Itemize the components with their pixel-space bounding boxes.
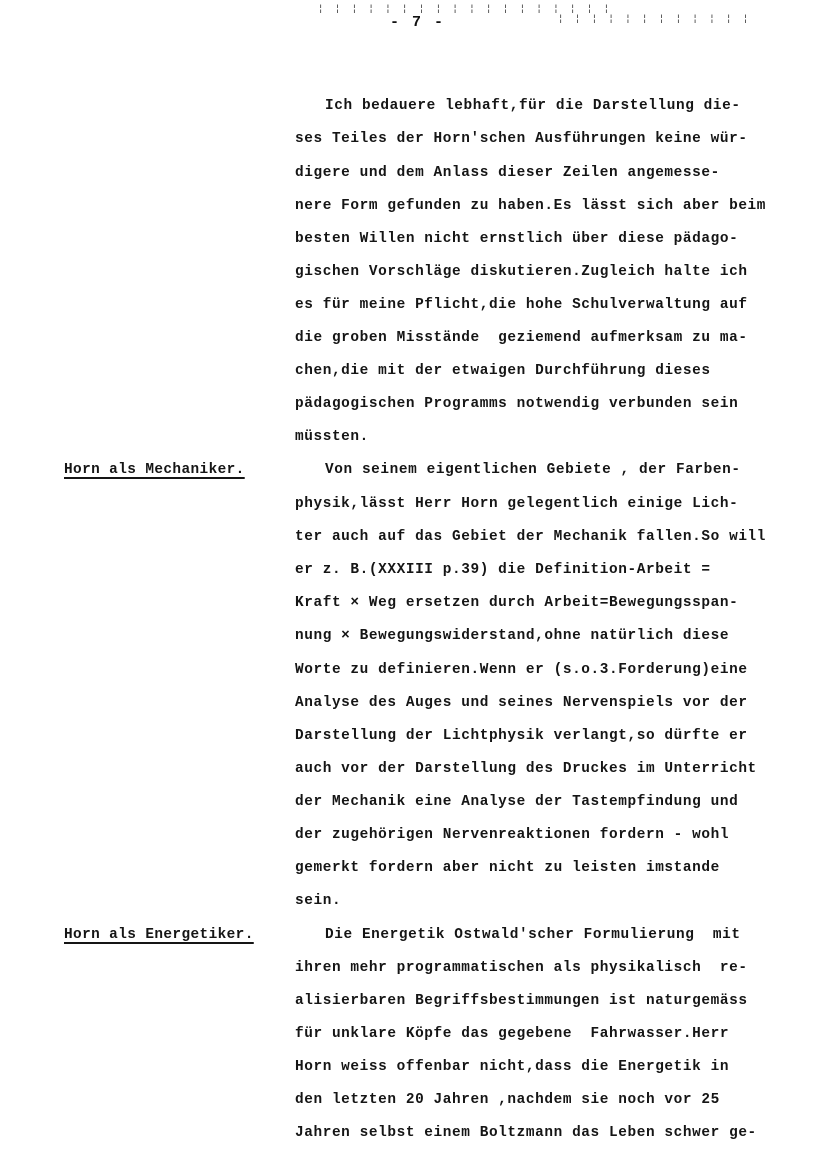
text-line: besten Willen nicht ernstlich über diese… <box>295 230 738 248</box>
text-line: digere und dem Anlass dieser Zeilen ange… <box>295 164 720 182</box>
header-scan-artifacts: ¦ ¦ ¦ ¦ ¦ ¦ ¦ ¦ ¦ ¦ ¦ ¦ ¦ ¦ ¦ ¦ ¦ ¦ ¦ ¦ … <box>318 0 758 40</box>
text-line: Die Energetik Ostwald'scher Formulierung… <box>325 926 741 944</box>
text-line: müssten. <box>295 428 369 446</box>
text-line: der zugehörigen Nervenreaktionen fordern… <box>295 826 729 844</box>
text-line: ihren mehr programmatischen als physikal… <box>295 959 748 977</box>
header-noise-right: ¦ ¦ ¦ ¦ ¦ ¦ ¦ ¦ ¦ ¦ ¦ ¦ ¦ ¦ <box>558 14 758 24</box>
margin-note-energetiker: Horn als Energetiker. <box>64 926 254 944</box>
text-line: Worte zu definieren.Wenn er (s.o.3.Forde… <box>295 661 748 679</box>
text-line: pädagogischen Programms notwendig verbun… <box>295 395 738 413</box>
text-line: ses Teiles der Horn'schen Ausführungen k… <box>295 130 748 148</box>
margin-note-mechaniker: Horn als Mechaniker. <box>64 461 245 479</box>
text-line: chen,die mit der etwaigen Durchführung d… <box>295 362 711 380</box>
text-line: Ich bedauere lebhaft,für die Darstellung… <box>325 97 741 115</box>
text-line: Jahren selbst einem Boltzmann das Leben … <box>295 1124 757 1142</box>
document-page: ¦ ¦ ¦ ¦ ¦ ¦ ¦ ¦ ¦ ¦ ¦ ¦ ¦ ¦ ¦ ¦ ¦ ¦ ¦ ¦ … <box>0 0 821 1169</box>
text-line: Kraft × Weg ersetzen durch Arbeit=Bewegu… <box>295 594 738 612</box>
text-line: sein. <box>295 892 341 910</box>
text-line: er z. B.(XXXIII p.39) die Definition-Arb… <box>295 561 720 579</box>
text-line: ter auch auf das Gebiet der Mechanik fal… <box>295 528 766 546</box>
text-line: für unklare Köpfe das gegebene Fahrwasse… <box>295 1025 729 1043</box>
text-line: Von seinem eigentlichen Gebiete , der Fa… <box>325 461 741 479</box>
text-line: Darstellung der Lichtphysik verlangt,so … <box>295 727 748 745</box>
text-line: alisierbaren Begriffsbestimmungen ist na… <box>295 992 748 1010</box>
text-line: gischen Vorschläge diskutieren.Zugleich … <box>295 263 748 281</box>
text-line: die groben Misstände geziemend aufmerksa… <box>295 329 748 347</box>
text-line: nere Form gefunden zu haben.Es lässt sic… <box>295 197 766 215</box>
text-line: auch vor der Darstellung des Druckes im … <box>295 760 757 778</box>
text-line: Horn weiss offenbar nicht,dass die Energ… <box>295 1058 729 1076</box>
text-line: physik,lässt Herr Horn gelegentlich eini… <box>295 495 738 513</box>
text-line: es für meine Pflicht,die hohe Schulverwa… <box>295 296 748 314</box>
header-noise-left: ¦ ¦ ¦ ¦ ¦ ¦ ¦ ¦ ¦ ¦ ¦ ¦ ¦ ¦ ¦ ¦ ¦ ¦ <box>318 4 612 14</box>
page-number: - 7 - <box>390 14 445 31</box>
text-line: nung × Bewegungswiderstand,ohne natürlic… <box>295 627 729 645</box>
text-line: Analyse des Auges und seines Nervenspiel… <box>295 694 748 712</box>
text-line: gemerkt fordern aber nicht zu leisten im… <box>295 859 720 877</box>
text-line: den letzten 20 Jahren ,nachdem sie noch … <box>295 1091 720 1109</box>
text-line: der Mechanik eine Analyse der Tastempfin… <box>295 793 738 811</box>
